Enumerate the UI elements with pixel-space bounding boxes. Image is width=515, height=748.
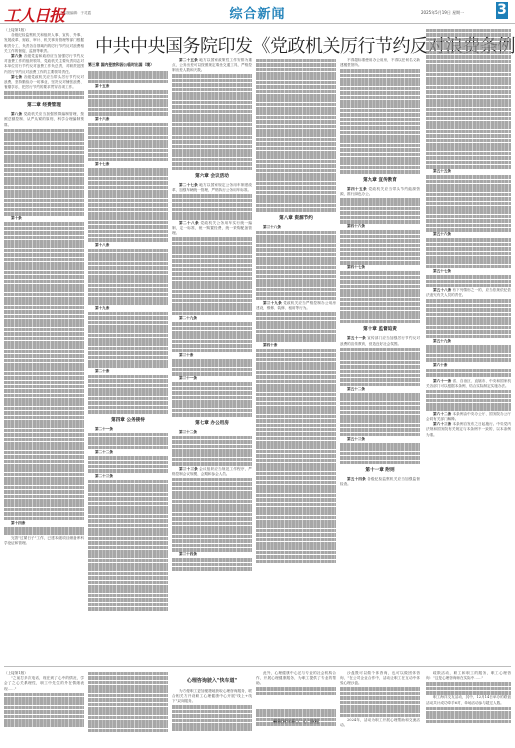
article-number: 第二十一条 [95, 427, 113, 431]
chapter-heading: 第九章 宣传教育 [340, 176, 420, 185]
paragraph: 疏散活动，职工和职工的服务，职工心理咨询："这是心理咨询师在实际中……" [426, 671, 511, 681]
article-number: 第三十三条 [179, 467, 198, 471]
article-number: 第三十二条 [179, 430, 197, 434]
article-number: 第四十五条 [347, 187, 367, 191]
article-number: 第四十条 [263, 343, 277, 347]
article-number: 第三十八条 [263, 225, 281, 229]
chapter-heading: 第十一章 附则 [340, 466, 420, 475]
section-divider [4, 666, 511, 667]
article-number: 第七条 [11, 75, 22, 79]
bottom-column-3: 为方便职工更加便捷地获取心理咨询服务，联合相关方开设职工心理健康中心开展"线上+… [172, 689, 252, 748]
article-number: 第六十三条 [433, 422, 451, 426]
chapter-heading: 第六章 会议活动 [172, 172, 252, 181]
article-number: 第五十五条 [433, 169, 451, 173]
chapter-heading: 第八章 资源节约 [256, 214, 336, 223]
article-number: 第三十九条 [263, 301, 282, 305]
article-number: 第十条 [11, 216, 22, 220]
bottom-column-1: （上接第1版） "之前打多次电话，现在到了心中的情况，学会了之心关系理性，职工中… [4, 671, 84, 748]
page-number-badge: 3 [496, 2, 508, 19]
article-number: 第五十三条 [347, 437, 365, 441]
article-number: 第八条 [11, 112, 22, 116]
article-column-2: 第三章 国内差旅和因公临时出国（境） 第十五条 第十六条 第十七条 第十八条 第… [88, 58, 168, 632]
paragraph: 各级纪检监察机关和组织人事、宣传、外事、发展改革、财政、审计、机关事务管理等部门… [4, 33, 84, 54]
article-number: 第二十七条 [179, 183, 198, 187]
article-column-5: 不得超标准使用办公用房，不得以任何名义新建楼堂馆所。 第九章 宣传教育 第四十五… [340, 58, 420, 632]
article-number: 第五十四条 [347, 477, 366, 481]
article-column-6: 第五十五条 第五十六条 第五十七条 第五十八条 有下列情形之一的，应当依规依纪依… [426, 28, 511, 632]
article-number: 第四十七条 [347, 265, 365, 269]
article-number: 第十八条 [95, 243, 109, 247]
paragraph: 沙盘既可以做个体咨询，也可以做团体咨询，"在公司企业合作中，活动让职工在互动中体… [340, 671, 420, 687]
chapter-heading: 第三章 国内差旅和因公临时出国（境） [88, 60, 168, 69]
article-number: 第五十六条 [433, 232, 451, 236]
chapter-heading: 第七章 办公用房 [172, 419, 252, 428]
paragraph: "之前打多次电话，现在到了心中的情况，学会了之心关系理性，职工中先生的外在情绪表… [4, 676, 84, 692]
article-number: 第六十一条 [433, 379, 451, 383]
issue-date: 2025年5月19日 星期一 [421, 10, 464, 16]
paragraph: 2024年，活动为职工开展心理帮助和交流活动。 [340, 718, 420, 728]
article-number: 第十六条 [95, 117, 109, 121]
chapter-heading: 第二章 经费管理 [4, 101, 84, 110]
chapter-heading: 第十章 监督追责 [340, 325, 420, 334]
paragraph: 不得超标准使用办公用房，不得以任何名义新建楼堂馆所。 [340, 58, 420, 68]
chapter-heading: 第四章 公务接待 [88, 416, 168, 425]
article-number: 第六条 [11, 54, 22, 58]
article-number: 第五十七条 [433, 269, 451, 273]
article-number: 第十五条 [95, 84, 109, 88]
article-column-3: 第二十五条 地方以国家政策性工作安排为重点，公务出差可以按照规定乘坐交通工具，严… [172, 58, 252, 632]
paragraph: 为方便职工更加便捷地获取心理咨询服务，联合相关方开设职工心理健康中心开展"线上+… [172, 689, 252, 705]
article-number: 第十四条 [11, 521, 25, 525]
article-number: 第十七条 [95, 162, 109, 166]
article-number: 第二十三条 [95, 474, 113, 478]
article-number: 第二十二条 [95, 450, 113, 454]
article-number: 第五十八条 [433, 288, 451, 292]
article-number: 第五十二条 [347, 387, 365, 391]
article-number: 第三十一条 [179, 376, 197, 380]
bottom-headline: 心理咨询驶入"快车道" [172, 677, 252, 684]
article-number: 第二十五条 [179, 58, 198, 62]
article-number: 第二十九条 [179, 316, 197, 320]
article-number: 第六十条 [433, 363, 447, 367]
bottom-column-6: 疏散活动，职工和职工的服务，职工心理咨询："这是心理咨询师在实际中……" 职工海… [426, 671, 511, 748]
article-number: 第二十八条 [179, 221, 199, 225]
masthead: 工人日报 本版编辑：于灵霞 综合新闻 2025年5月19日 星期一 3 [0, 0, 515, 24]
bottom-column-5: 沙盘既可以做个体咨询，也可以做团体咨询，"在公司企业合作中，活动让职工在互动中体… [340, 671, 420, 748]
bottom-column-2 [88, 671, 168, 748]
main-headline: 中共中央国务院印发《党政机关厉行节约反对浪费条例》 [95, 32, 415, 58]
article-number: 第三十四条 [179, 552, 197, 556]
paragraph: 此外，心理健康中心还与专业的社会机构合作，开展心理健康服务，为职工提供了专业的帮… [256, 671, 336, 687]
article-number: 第五十九条 [433, 339, 451, 343]
article-number: 第四十六条 [347, 224, 365, 228]
article-column-4: 第八章 资源节约 第三十八条 第三十九条 党政机关应当严格控制办公用房建设，维修… [256, 58, 336, 632]
article-number: 第二十条 [95, 369, 109, 373]
article-column-1: （上接第1版） 各级纪检监察机关和组织人事、宣传、外事、发展改革、财政、审计、机… [4, 28, 84, 632]
paragraph: 职工海洋交友活动，其中，12月14日举办的联谊活动共计成功牵手6对，单场活动参与… [426, 695, 511, 705]
article-number: 第五十一条 [347, 336, 366, 340]
article-number: 第十九条 [95, 306, 109, 310]
article-number: 第三十条 [179, 353, 193, 357]
paragraph: 完善"过紧日子"工作，已建本级项目储备库科学论证和管理。 [4, 536, 84, 546]
article-number: 第六十二条 [433, 412, 451, 416]
bottom-column-4: 此外，心理健康中心还与专业的社会机构合作，开展心理健康服务，为职工提供了专业的帮… [256, 671, 336, 748]
